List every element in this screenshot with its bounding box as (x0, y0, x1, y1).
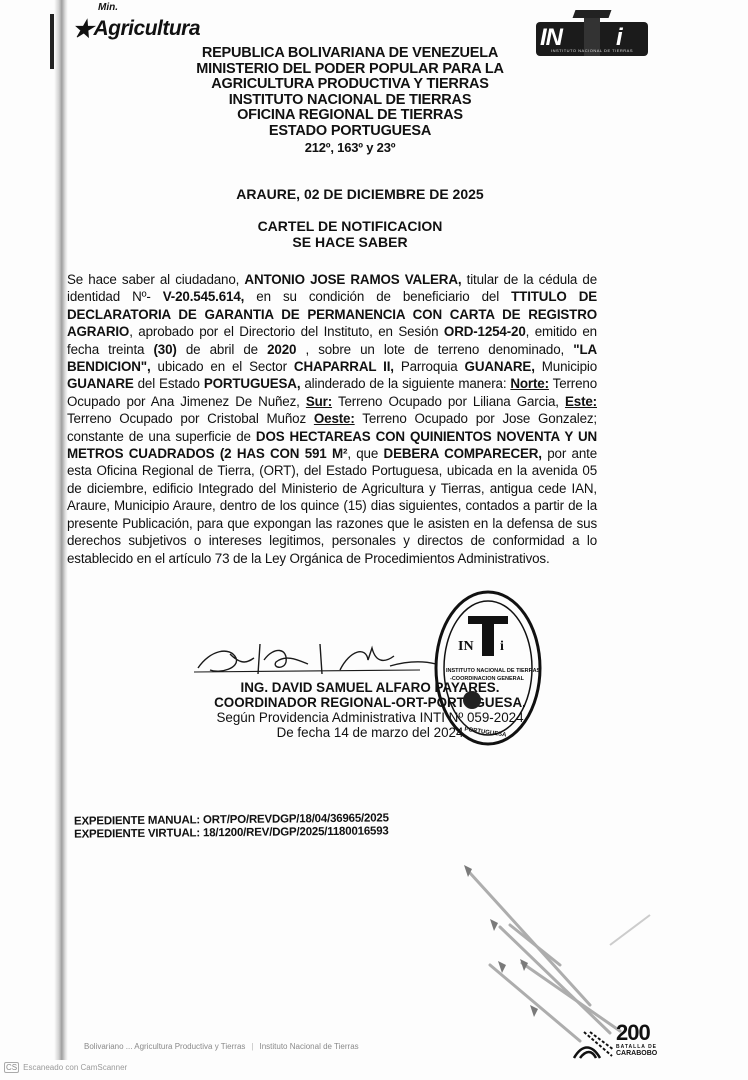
body-text: del Estado (134, 376, 204, 391)
header-line: REPUBLICA BOLIVARIANA DE VENEZUELA (150, 46, 550, 62)
day-number: (30) (154, 342, 177, 357)
sector-name: CHAPARRAL II, (294, 359, 394, 374)
footer-institute: Instituto Nacional de Tierras (259, 1042, 358, 1051)
body-text: en su condición de beneficiario del (244, 289, 511, 304)
municipio-name: GUANARE (67, 376, 134, 391)
star-icon: ★ (72, 18, 94, 42)
inti-logo-caption: INSTITUTO NACIONAL DE TIERRAS (538, 48, 646, 53)
boundary-north-label: Norte: (510, 376, 549, 391)
header-line: ESTADO PORTUGUESA (150, 124, 550, 140)
body-text: de abril de (177, 342, 267, 357)
header-years: 212º, 163º y 23º (150, 140, 550, 156)
binding-edge (50, 14, 54, 69)
year: 2020 (267, 342, 296, 357)
body-text: ubicado en el Sector (151, 359, 294, 374)
place-date: ARAURE, 02 DE DICIEMBRE DE 2025 (150, 186, 570, 202)
camscanner-icon: CS (4, 1062, 19, 1073)
body-text: , sobre un lote de terreno denominado, (296, 342, 573, 357)
citizen-name: ANTONIO JOSE RAMOS VALERA, (244, 272, 461, 287)
official-stamp: IN i INSTITUTO NACIONAL DE TIERRAS -COOR… (432, 588, 544, 748)
body-text: Parroquia (394, 359, 465, 374)
expediente-virtual: EXPEDIENTE VIRTUAL: 18/1200/REV/DGP/2025… (74, 825, 389, 841)
bicentenario-carabobo-logo: 200 BATALLA DE CARABOBO (570, 1020, 670, 1060)
body-text: alinderado de la siguiente manera: (300, 376, 510, 391)
document-page: ★ Min. Agricultura IN i INSTITUTO NACION… (0, 0, 748, 1080)
cedula-number: V-20.545.614, (163, 289, 244, 304)
footer-ministry: Bolivariano ... Agricultura Productiva y… (84, 1042, 245, 1051)
carabobo-wave-icon (572, 1030, 616, 1060)
document-header: REPUBLICA BOLIVARIANA DE VENEZUELA MINIS… (150, 46, 550, 155)
estado-name: PORTUGUESA, (204, 376, 301, 391)
body-text: Se hace saber al ciudadano, (67, 272, 244, 287)
header-line: MINISTERIO DEL PODER POPULAR PARA LA (150, 62, 550, 78)
signature-icon (190, 640, 440, 678)
logo-min-text: Min. (98, 2, 118, 13)
bicentenario-number: 200 (616, 1020, 650, 1046)
header-line: AGRICULTURA PRODUCTIVA Y TIERRAS (150, 77, 550, 93)
inti-logo-t-bar (573, 10, 612, 18)
stamp-seal-icon: IN i INSTITUTO NACIONAL DE TIERRAS -COOR… (432, 588, 544, 748)
svg-text:i: i (500, 639, 504, 654)
handwritten-signature (190, 640, 440, 678)
title-line-2: SE HACE SABER (150, 234, 550, 250)
boundary-east: Terreno Ocupado por Cristobal Muñoz (67, 411, 314, 426)
title-line-1: CARTEL DE NOTIFICACION (150, 218, 550, 234)
footer-letterhead: Bolivariano ... Agricultura Productiva y… (84, 1042, 359, 1051)
min-agricultura-logo: ★ Min. Agricultura (72, 2, 200, 42)
body-text: , aprobado por el Directorio del Institu… (129, 324, 444, 339)
arrows-decoration-icon (450, 855, 670, 1045)
boundary-south: Terreno Ocupado por Liliana Garcia, (332, 394, 565, 409)
svg-text:PORTUGUESA: PORTUGUESA (464, 727, 507, 739)
boundary-west-label: Oeste: (314, 411, 355, 426)
header-line: INSTITUTO NACIONAL DE TIERRAS (150, 93, 550, 109)
body-text: por ante esta Oficina Regional de Tierra… (67, 446, 597, 565)
header-line: OFICINA REGIONAL DE TIERRAS (150, 108, 550, 124)
footer-separator: | (251, 1042, 253, 1051)
svg-text:INSTITUTO NACIONAL DE TIERRAS: INSTITUTO NACIONAL DE TIERRAS (446, 668, 541, 674)
file-numbers: EXPEDIENTE MANUAL: ORT/PO/REVDGP/18/04/3… (74, 812, 389, 840)
svg-text:IN: IN (458, 639, 474, 654)
scanner-label: Escaneado con CamScanner (23, 1063, 127, 1072)
document-title: CARTEL DE NOTIFICACION SE HACE SABER (150, 218, 550, 250)
body-text: , que (347, 446, 383, 461)
svg-text:-COORDINACION GENERAL: -COORDINACION GENERAL (450, 676, 525, 682)
notification-body: Se hace saber al ciudadano, ANTONIO JOSE… (67, 271, 597, 567)
binding-shadow (54, 0, 68, 1060)
inti-logo: IN i INSTITUTO NACIONAL DE TIERRAS (536, 8, 648, 58)
boundary-east-label: Este: (565, 394, 597, 409)
bicentenario-line2: CARABOBO (616, 1050, 657, 1057)
must-appear: DEBERA COMPARECER, (384, 446, 542, 461)
body-text: Municipio (535, 359, 597, 374)
session-code: ORD-1254-20 (444, 324, 526, 339)
bicentennial-decoration (450, 855, 670, 1045)
scanner-watermark: CS Escaneado con CamScanner (4, 1062, 127, 1073)
logo-agricultura-text: Agricultura (94, 16, 201, 42)
boundary-south-label: Sur: (306, 394, 332, 409)
parroquia-name: GUANARE, (465, 359, 535, 374)
